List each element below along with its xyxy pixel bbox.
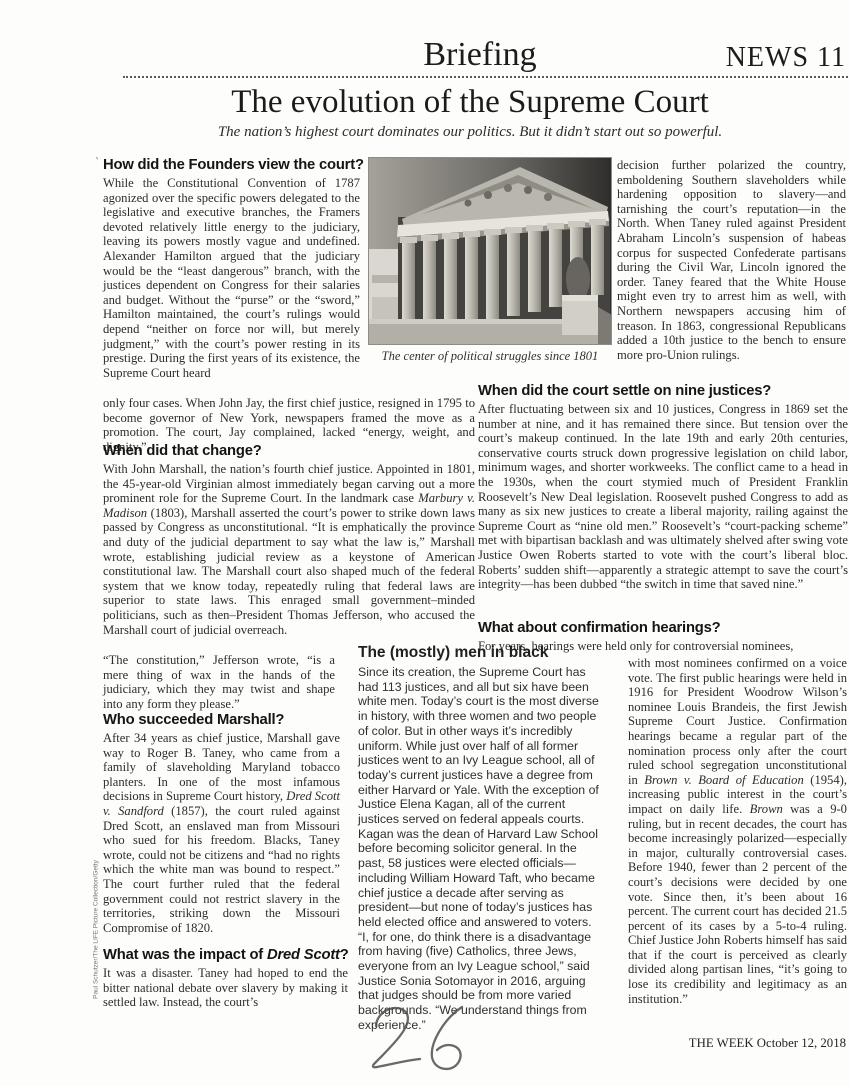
magazine-page: Briefing NEWS 11 The evolution of the Su…	[0, 0, 850, 1086]
page-number: NEWS 11	[726, 42, 846, 74]
paragraph-nine-justices: After fluctuating between six and 10 jus…	[478, 402, 848, 592]
question-heading-succeeded: Who succeeded Marshall?	[103, 712, 284, 728]
supreme-court-photo	[368, 157, 612, 345]
question-heading-change: When did that change?	[103, 443, 262, 459]
paragraph-marshall-wide: With John Marshall, the nation’s fourth …	[103, 462, 475, 637]
paragraph-founders-narrow: While the Constitutional Convention of 1…	[103, 176, 360, 380]
paragraph-confirmation-narrow: with most nominees confirmed on a voice …	[628, 656, 847, 1006]
sidebar-heading: The (mostly) men in black	[358, 644, 608, 662]
handwritten-number	[362, 1002, 492, 1084]
article-title: The evolution of the Supreme Court	[95, 84, 845, 121]
supreme-court-building-illustration	[368, 157, 612, 345]
article-subtitle: The nation’s highest court dominates our…	[95, 124, 845, 141]
pen-mark: `	[92, 156, 99, 169]
question-heading-confirmation: What about confirmation hearings?	[478, 620, 720, 636]
question-heading-dred-scott: What was the impact of Dred Scott?	[103, 947, 349, 963]
photo-credit: Paul Schutzer/The LIFE Picture Collectio…	[93, 845, 100, 1015]
sidebar-body: Since its creation, the Supreme Court ha…	[358, 665, 605, 1033]
paragraph-dred-scott-continuation: decision further polarized the country, …	[617, 158, 846, 362]
magazine-footer: THE WEEK October 12, 2018	[560, 1036, 846, 1051]
paragraph-taney: After 34 years as chief justice, Marshal…	[103, 731, 340, 935]
question-heading-founders: How did the Founders view the court?	[103, 157, 364, 173]
photo-caption: The center of political struggles since …	[368, 349, 612, 364]
question-heading-nine-justices: When did the court settle on nine justic…	[478, 383, 771, 399]
paragraph-dred-scott: It was a disaster. Taney had hoped to en…	[103, 966, 348, 1010]
paragraph-jefferson-quote: “The constitution,” Jefferson wrote, “is…	[103, 653, 335, 711]
dotted-rule	[123, 76, 848, 78]
